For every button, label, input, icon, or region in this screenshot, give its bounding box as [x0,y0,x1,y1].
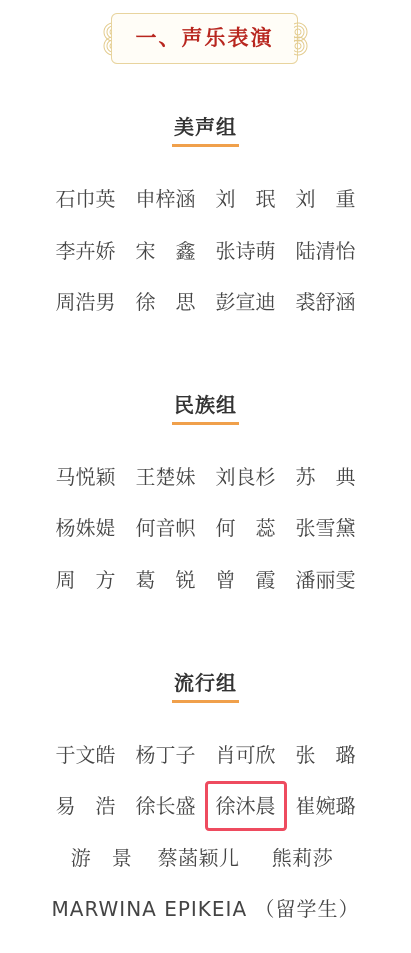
performer-name: 蔡菡颖儿 [142,843,256,873]
name-row: 于文皓 杨丁子 肖可欣 张 璐 [0,740,411,770]
performer-name: 杨姝媞 [46,513,126,543]
performer-name: 宋 鑫 [126,236,206,266]
performer-name: 刘良杉 [206,462,286,492]
performer-name: 易 浩 [46,791,126,821]
highlight-box [205,781,287,831]
name-row: 周 方 葛 锐 曾 霞 潘丽雯 [0,565,411,595]
performer-name: 徐 思 [126,287,206,317]
performer-name: 张诗萌 [206,236,286,266]
section-banner: 一、声乐表演 [97,12,314,66]
group-title-folk: 民族组 [0,392,411,425]
performer-name: 徐长盛 [126,791,206,821]
performer-name: 潘丽雯 [286,565,366,595]
name-row: 李卉娇 宋 鑫 张诗萌 陆清怡 [0,236,411,266]
performer-name: 李卉娇 [46,236,126,266]
performer-name: 曾 霞 [206,565,286,595]
performer-name: 杨丁子 [126,740,206,770]
performer-name: 崔婉璐 [286,791,366,821]
performer-name: 周 方 [46,565,126,595]
performer-name: 何音帜 [126,513,206,543]
name-row: 周浩男 徐 思 彭宣迪 裘舒涵 [0,287,411,317]
performer-name: 陆清怡 [286,236,366,266]
performer-name: 申梓涵 [126,184,206,214]
performer-name: 于文皓 [46,740,126,770]
performer-name: 何 蕊 [206,513,286,543]
performer-name: 石巾英 [46,184,126,214]
name-row: 游 景 蔡菡颖儿 熊莉莎 [0,843,411,873]
name-row-foreign: MARWINA EPIKEIA （留学生） [0,894,411,924]
name-row: 杨姝媞 何音帜 何 蕊 张雪黛 [0,513,411,543]
performer-name: 张 璐 [286,740,366,770]
group-title-bel-canto: 美声组 [0,114,411,147]
performer-name: 王楚妹 [126,462,206,492]
performer-name: 彭宣迪 [206,287,286,317]
performer-name: 肖可欣 [206,740,286,770]
performer-name: 马悦颖 [46,462,126,492]
group-title-pop: 流行组 [0,670,411,703]
section-title: 一、声乐表演 [111,13,298,64]
performer-name: 周浩男 [46,287,126,317]
performer-name: 裘舒涵 [286,287,366,317]
performer-name: 苏 典 [286,462,366,492]
performer-name: 张雪黛 [286,513,366,543]
performer-name: 葛 锐 [126,565,206,595]
performer-name: 游 景 [62,843,142,873]
performer-name: 刘 珉 [206,184,286,214]
name-row: 石巾英 申梓涵 刘 珉 刘 重 [0,184,411,214]
performer-name: 刘 重 [286,184,366,214]
name-row: 马悦颖 王楚妹 刘良杉 苏 典 [0,462,411,492]
foreign-student-name: MARWINA EPIKEIA （留学生） [52,894,360,924]
performer-name: 熊莉莎 [256,843,350,873]
